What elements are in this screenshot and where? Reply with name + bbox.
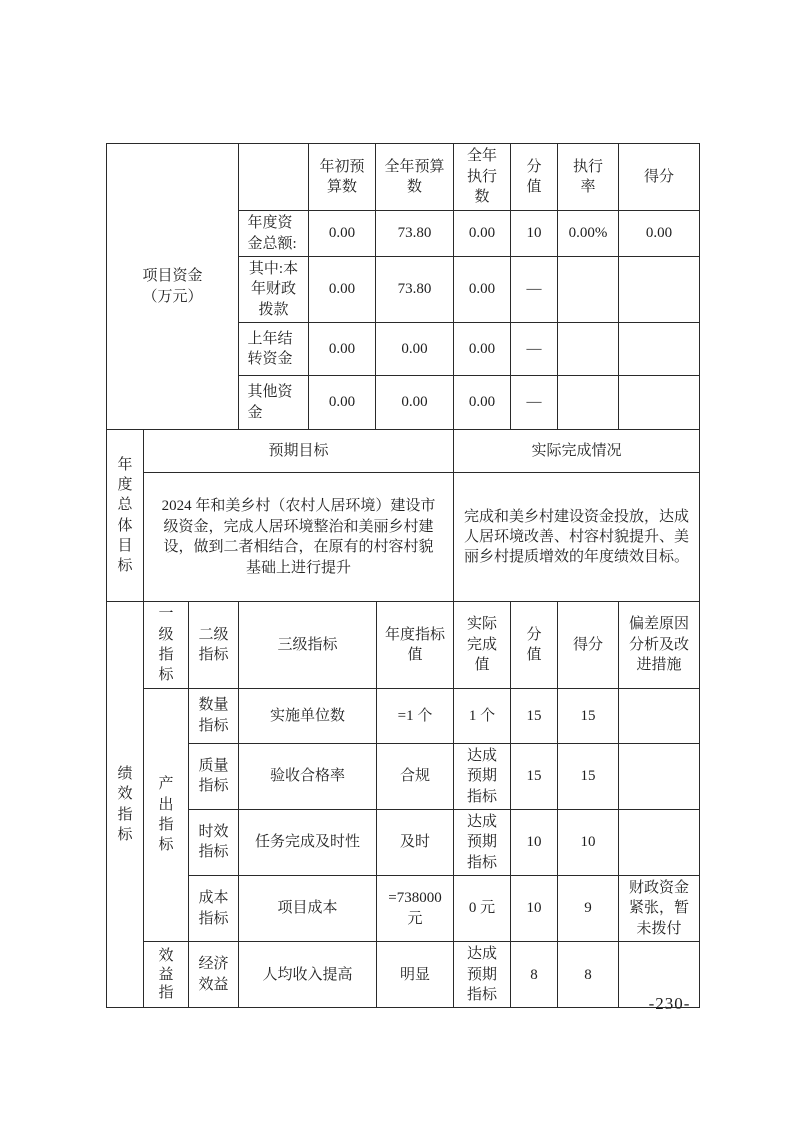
- funds-col-points: 分值: [511, 144, 558, 211]
- perf-points-cell: 8: [511, 942, 558, 1008]
- annual-goal-table: 年度总体目标 预期目标 实际完成情况 2024 年和美乡村（农村人居环境）建设市…: [106, 429, 700, 602]
- funds-col-initial-budget: 年初预算数: [309, 144, 376, 211]
- perf-score-cell: 15: [558, 688, 619, 743]
- perf-level2-cell: 时效指标: [189, 809, 239, 875]
- funds-cell: 0.00: [376, 376, 454, 430]
- perf-actual-cell: 0 元: [454, 876, 511, 942]
- perf-points-cell: 10: [511, 809, 558, 875]
- perf-level3-cell: 实施单位数: [239, 688, 377, 743]
- perf-score-cell: 9: [558, 876, 619, 942]
- funds-cell: 0.00: [309, 376, 376, 430]
- goal-title: 年度总体目标: [117, 455, 134, 577]
- funds-cell: [558, 257, 619, 323]
- perf-actual-cell: 1 个: [454, 688, 511, 743]
- funds-col-fullyear-budget: 全年预算数: [376, 144, 454, 211]
- funds-cell: 0.00: [454, 257, 511, 323]
- perf-col-level3: 三级指标: [239, 602, 377, 689]
- funds-cell: [558, 376, 619, 430]
- perf-level2-cell: 经济效益: [189, 942, 239, 1008]
- funds-cell: 0.00: [454, 323, 511, 376]
- perf-group-output: 产出指标: [144, 688, 189, 942]
- funds-row-label-other: 其他资金: [239, 376, 309, 430]
- performance-indicators-table: 绩效指标 一级指标 二级指标 三级指标 年度指标值 实际完成值 分值 得分 偏差…: [106, 601, 700, 1008]
- funds-cell: 10: [511, 211, 558, 257]
- perf-col-score: 得分: [558, 602, 619, 689]
- perf-col-target: 年度指标值: [377, 602, 454, 689]
- funds-cell: 0.00: [309, 257, 376, 323]
- perf-score-cell: 10: [558, 809, 619, 875]
- report-tables: 项目资金（万元） 年初预算数 全年预算数 全年执行数 分值 执行率 得分 年度资…: [106, 143, 699, 1008]
- perf-col-level1: 一级指标: [144, 602, 189, 689]
- funds-row-label-total: 年度资金总额:: [239, 211, 309, 257]
- perf-points-cell: 10: [511, 876, 558, 942]
- perf-points-cell: 15: [511, 688, 558, 743]
- goal-actual-header: 实际完成情况: [454, 430, 700, 473]
- funds-row-header: 项目资金（万元）: [107, 144, 239, 430]
- funds-cell: [619, 376, 700, 430]
- funds-cell: —: [511, 257, 558, 323]
- perf-col-actual: 实际完成值: [454, 602, 511, 689]
- goal-expected-text: 2024 年和美乡村（农村人居环境）建设市级资金，完成人居环境整治和美丽乡村建设…: [144, 473, 454, 602]
- perf-target-cell: =738000 元: [377, 876, 454, 942]
- funds-corner-cell: [239, 144, 309, 211]
- funds-cell: 73.80: [376, 257, 454, 323]
- perf-points-cell: 15: [511, 743, 558, 809]
- project-funds-table: 项目资金（万元） 年初预算数 全年预算数 全年执行数 分值 执行率 得分 年度资…: [106, 143, 700, 430]
- perf-score-cell: 8: [558, 942, 619, 1008]
- funds-cell: 73.80: [376, 211, 454, 257]
- perf-row-header: 绩效指标: [107, 602, 144, 1008]
- perf-level3-cell: 人均收入提高: [239, 942, 377, 1008]
- perf-target-cell: 合规: [377, 743, 454, 809]
- perf-target-cell: =1 个: [377, 688, 454, 743]
- perf-actual-cell: 达成预期指标: [454, 809, 511, 875]
- funds-cell: 0.00: [309, 211, 376, 257]
- perf-col-deviation: 偏差原因分析及改进措施: [619, 602, 700, 689]
- perf-target-cell: 明显: [377, 942, 454, 1008]
- funds-cell: [619, 323, 700, 376]
- perf-level3-cell: 验收合格率: [239, 743, 377, 809]
- page-number: -230-: [629, 994, 710, 1014]
- goal-expected-header: 预期目标: [144, 430, 454, 473]
- perf-deviation-cell: [619, 743, 700, 809]
- funds-cell: —: [511, 376, 558, 430]
- funds-cell: —: [511, 323, 558, 376]
- perf-deviation-cell: [619, 809, 700, 875]
- funds-col-score: 得分: [619, 144, 700, 211]
- perf-actual-cell: 达成预期指标: [454, 942, 511, 1008]
- document-page: 项目资金（万元） 年初预算数 全年预算数 全年执行数 分值 执行率 得分 年度资…: [0, 0, 794, 1122]
- funds-col-execution-rate: 执行率: [558, 144, 619, 211]
- perf-group-benefit: 效益指: [144, 942, 189, 1008]
- perf-col-points: 分值: [511, 602, 558, 689]
- perf-score-cell: 15: [558, 743, 619, 809]
- goal-row-header: 年度总体目标: [107, 430, 144, 602]
- funds-cell: 0.00: [619, 211, 700, 257]
- perf-level2-cell: 成本指标: [189, 876, 239, 942]
- perf-actual-cell: 达成预期指标: [454, 743, 511, 809]
- funds-cell: 0.00: [309, 323, 376, 376]
- perf-level2-cell: 质量指标: [189, 743, 239, 809]
- perf-level3-cell: 项目成本: [239, 876, 377, 942]
- perf-col-level2: 二级指标: [189, 602, 239, 689]
- goal-actual-text: 完成和美乡村建设资金投放，达成人居环境改善、村容村貌提升、美丽乡村提质增效的年度…: [454, 473, 700, 602]
- perf-level2-cell: 数量指标: [189, 688, 239, 743]
- funds-col-executed: 全年执行数: [454, 144, 511, 211]
- funds-cell: 0.00: [376, 323, 454, 376]
- funds-cell: 0.00: [454, 211, 511, 257]
- perf-title: 绩效指标: [117, 764, 134, 846]
- funds-row-label-fiscal: 其中:本年财政拨款: [239, 257, 309, 323]
- funds-cell: 0.00%: [558, 211, 619, 257]
- funds-row-label-carryover: 上年结转资金: [239, 323, 309, 376]
- perf-deviation-cell: [619, 688, 700, 743]
- perf-deviation-cell: 财政资金紧张，暂未拨付: [619, 876, 700, 942]
- funds-cell: [558, 323, 619, 376]
- funds-title: 项目资金（万元）: [138, 266, 207, 307]
- perf-target-cell: 及时: [377, 809, 454, 875]
- funds-cell: 0.00: [454, 376, 511, 430]
- funds-cell: [619, 257, 700, 323]
- perf-level3-cell: 任务完成及时性: [239, 809, 377, 875]
